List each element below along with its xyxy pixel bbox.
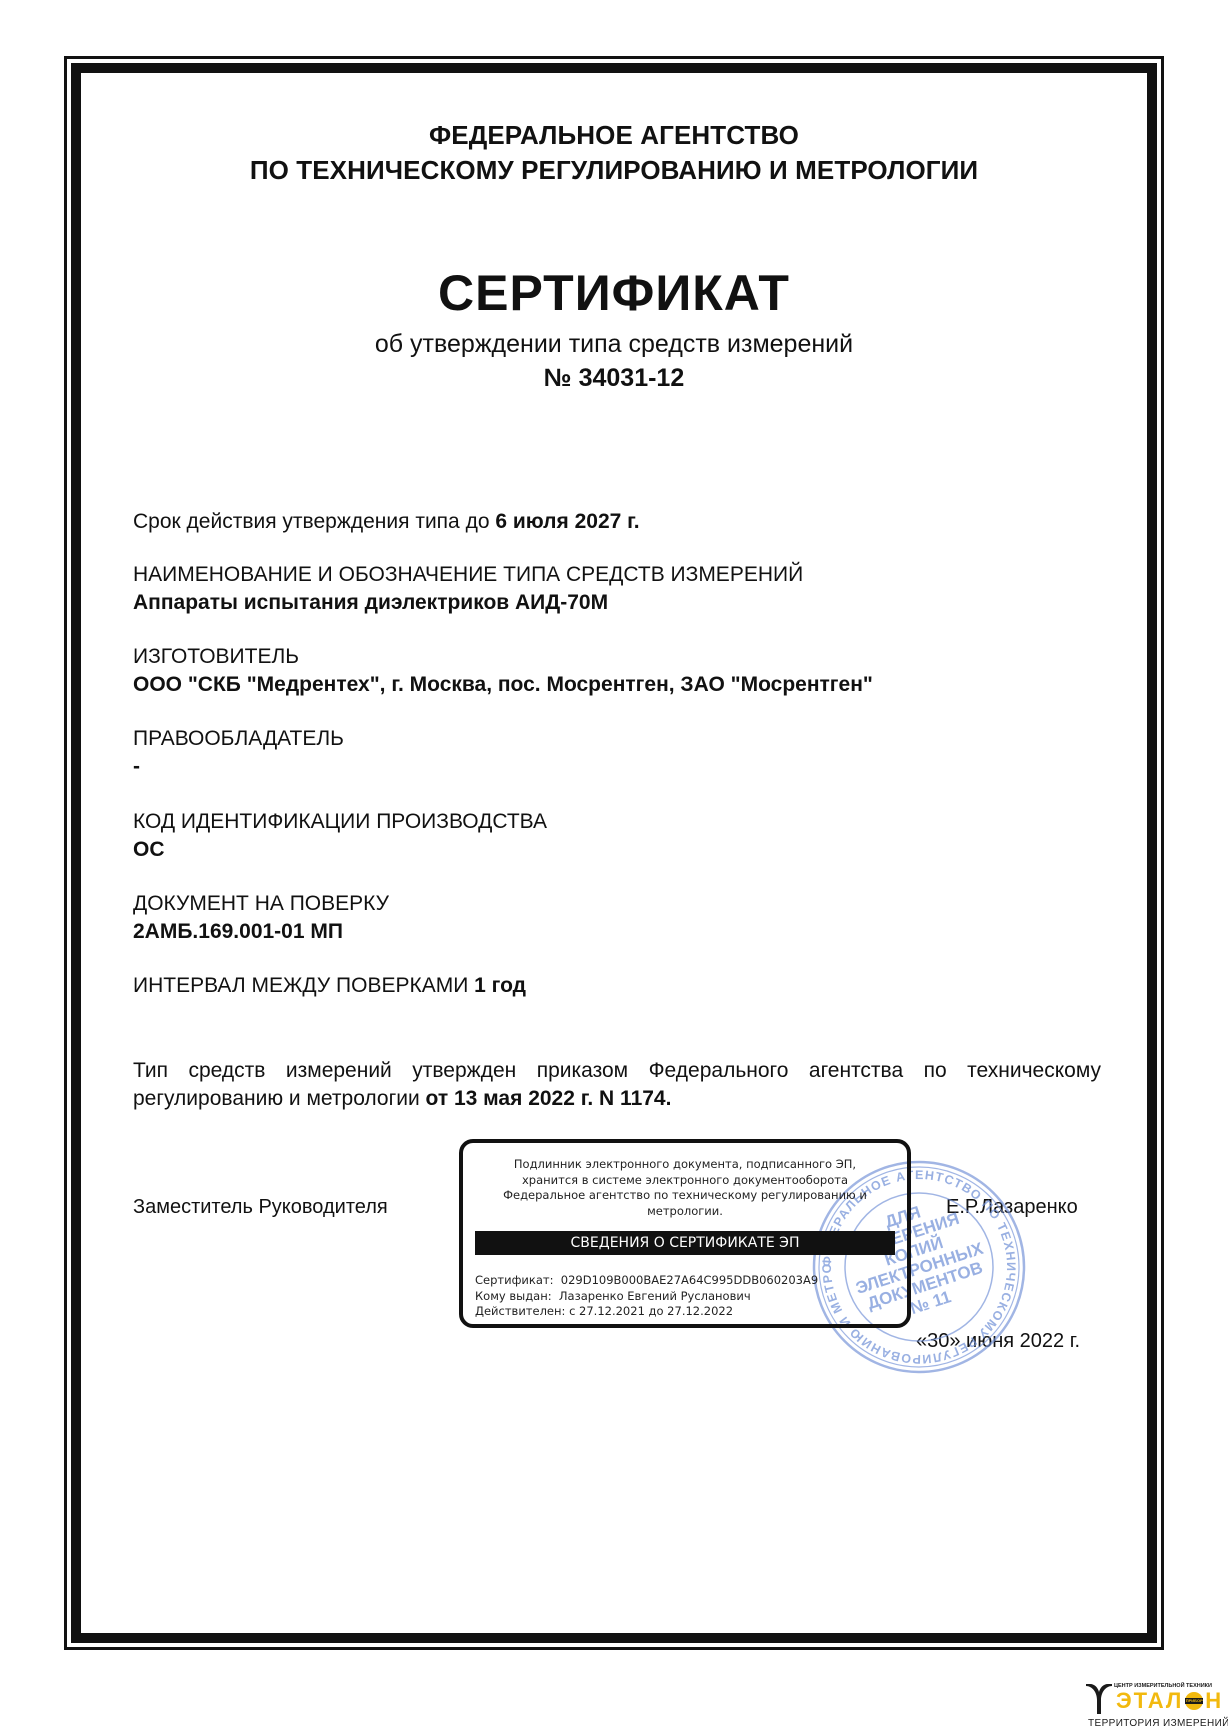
e-signature-details: Сертификат: 029D109B000BAE27A64C995DDB06… [475,1273,818,1320]
field-manufacturer: ИЗГОТОВИТЕЛЬ ООО "СКБ "Медрентех", г. Мо… [133,643,873,699]
validity-period-value: с 27.12.2021 до 27.12.2022 [569,1304,733,1318]
logo-globe-text: ПРИБОР [1185,1698,1203,1704]
field-type-name: НАИМЕНОВАНИЕ И ОБОЗНАЧЕНИЕ ТИПА СРЕДСТВ … [133,561,803,617]
logo-brand-end: Н [1205,1688,1223,1713]
certificate-serial-value: 029D109B000BAE27A64C995DDB060203A9 [561,1273,818,1287]
notice-line: Подлинник электронного документа, подпис… [481,1157,889,1173]
verification-interval: ИНТЕРВАЛ МЕЖДУ ПОВЕРКАМИ 1 год [133,972,526,1000]
notice-line: метрологии. [481,1204,889,1220]
certificate-serial-row: Сертификат: 029D109B000BAE27A64C995DDB06… [475,1273,818,1289]
field-verification-document: ДОКУМЕНТ НА ПОВЕРКУ 2АМБ.169.001-01 МП [133,890,389,946]
notice-line: хранится в системе электронного документ… [481,1173,889,1189]
agency-line-1: ФЕДЕРАЛЬНОЕ АГЕНТСТВО [0,118,1228,153]
logo-emblem-icon [1086,1684,1112,1714]
certificate-title: СЕРТИФИКАТ [0,264,1228,322]
e-signature-banner: СВЕДЕНИЯ О СЕРТИФИКАТЕ ЭП [475,1231,895,1255]
logo-globe-icon: ПРИБОР [1185,1692,1203,1710]
e-signature-box: Подлинник электронного документа, подпис… [459,1139,911,1328]
field-label: ПРАВООБЛАДАТЕЛЬ [133,725,344,753]
field-production-code: КОД ИДЕНТИФИКАЦИИ ПРОИЗВОДСТВА ОС [133,808,547,864]
interval-value: 1 год [474,974,526,997]
agency-header: ФЕДЕРАЛЬНОЕ АГЕНТСТВО ПО ТЕХНИЧЕСКОМУ РЕ… [0,118,1228,188]
logo-brand-text: ЭТАЛ [1116,1688,1183,1713]
logo-brand: ЭТАЛПРИБОРН [1116,1689,1223,1713]
issued-to-row: Кому выдан: Лазаренко Евгений Русланович [475,1289,818,1305]
agency-line-2: ПО ТЕХНИЧЕСКОМУ РЕГУЛИРОВАНИЮ И МЕТРОЛОГ… [0,153,1228,188]
validity-line: Срок действия утверждения типа до 6 июля… [133,508,640,536]
e-signature-notice: Подлинник электронного документа, подпис… [463,1157,907,1219]
validity-value: 6 июля 2027 г. [495,510,639,533]
validity-period-row: Действителен: с 27.12.2021 до 27.12.2022 [475,1304,818,1320]
notice-line: Федеральное агентство по техническому ре… [481,1188,889,1204]
approval-paragraph: Тип средств измерений утвержден приказом… [133,1057,1101,1113]
issued-to-value: Лазаренко Евгений Русланович [559,1289,751,1303]
field-rights-holder: ПРАВООБЛАДАТЕЛЬ - [133,725,344,781]
interval-label: ИНТЕРВАЛ МЕЖДУ ПОВЕРКАМИ [133,974,474,997]
logo-tagline: ТЕРРИТОРИЯ ИЗМЕРЕНИЙ [1088,1718,1228,1729]
field-value: 2АМБ.169.001-01 МП [133,918,389,946]
field-label: ДОКУМЕНТ НА ПОВЕРКУ [133,890,389,918]
field-label: НАИМЕНОВАНИЕ И ОБОЗНАЧЕНИЕ ТИПА СРЕДСТВ … [133,561,803,589]
certificate-number: № 34031-12 [0,364,1228,393]
validity-label: Срок действия утверждения типа до [133,510,495,533]
field-label: КОД ИДЕНТИФИКАЦИИ ПРОИЗВОДСТВА [133,808,547,836]
issued-to-label: Кому выдан: [475,1289,552,1303]
validity-period-label: Действителен: [475,1304,565,1318]
approval-order: от 13 мая 2022 г. N 1174. [426,1087,672,1110]
field-value: Аппараты испытания диэлектриков АИД-70М [133,589,803,617]
signatory-position: Заместитель Руководителя [133,1196,388,1219]
certificate-serial-label: Сертификат: [475,1273,553,1287]
etalon-logo: ЦЕНТР ИЗМЕРИТЕЛЬНОЙ ТЕХНИКИ ЭТАЛПРИБОРН … [1086,1682,1228,1736]
field-value: ОС [133,836,547,864]
certificate-subtitle: об утверждении типа средств измерений [0,330,1228,359]
field-value: - [133,753,344,781]
field-value: ООО "СКБ "Медрентех", г. Москва, пос. Мо… [133,671,873,699]
field-label: ИЗГОТОВИТЕЛЬ [133,643,873,671]
